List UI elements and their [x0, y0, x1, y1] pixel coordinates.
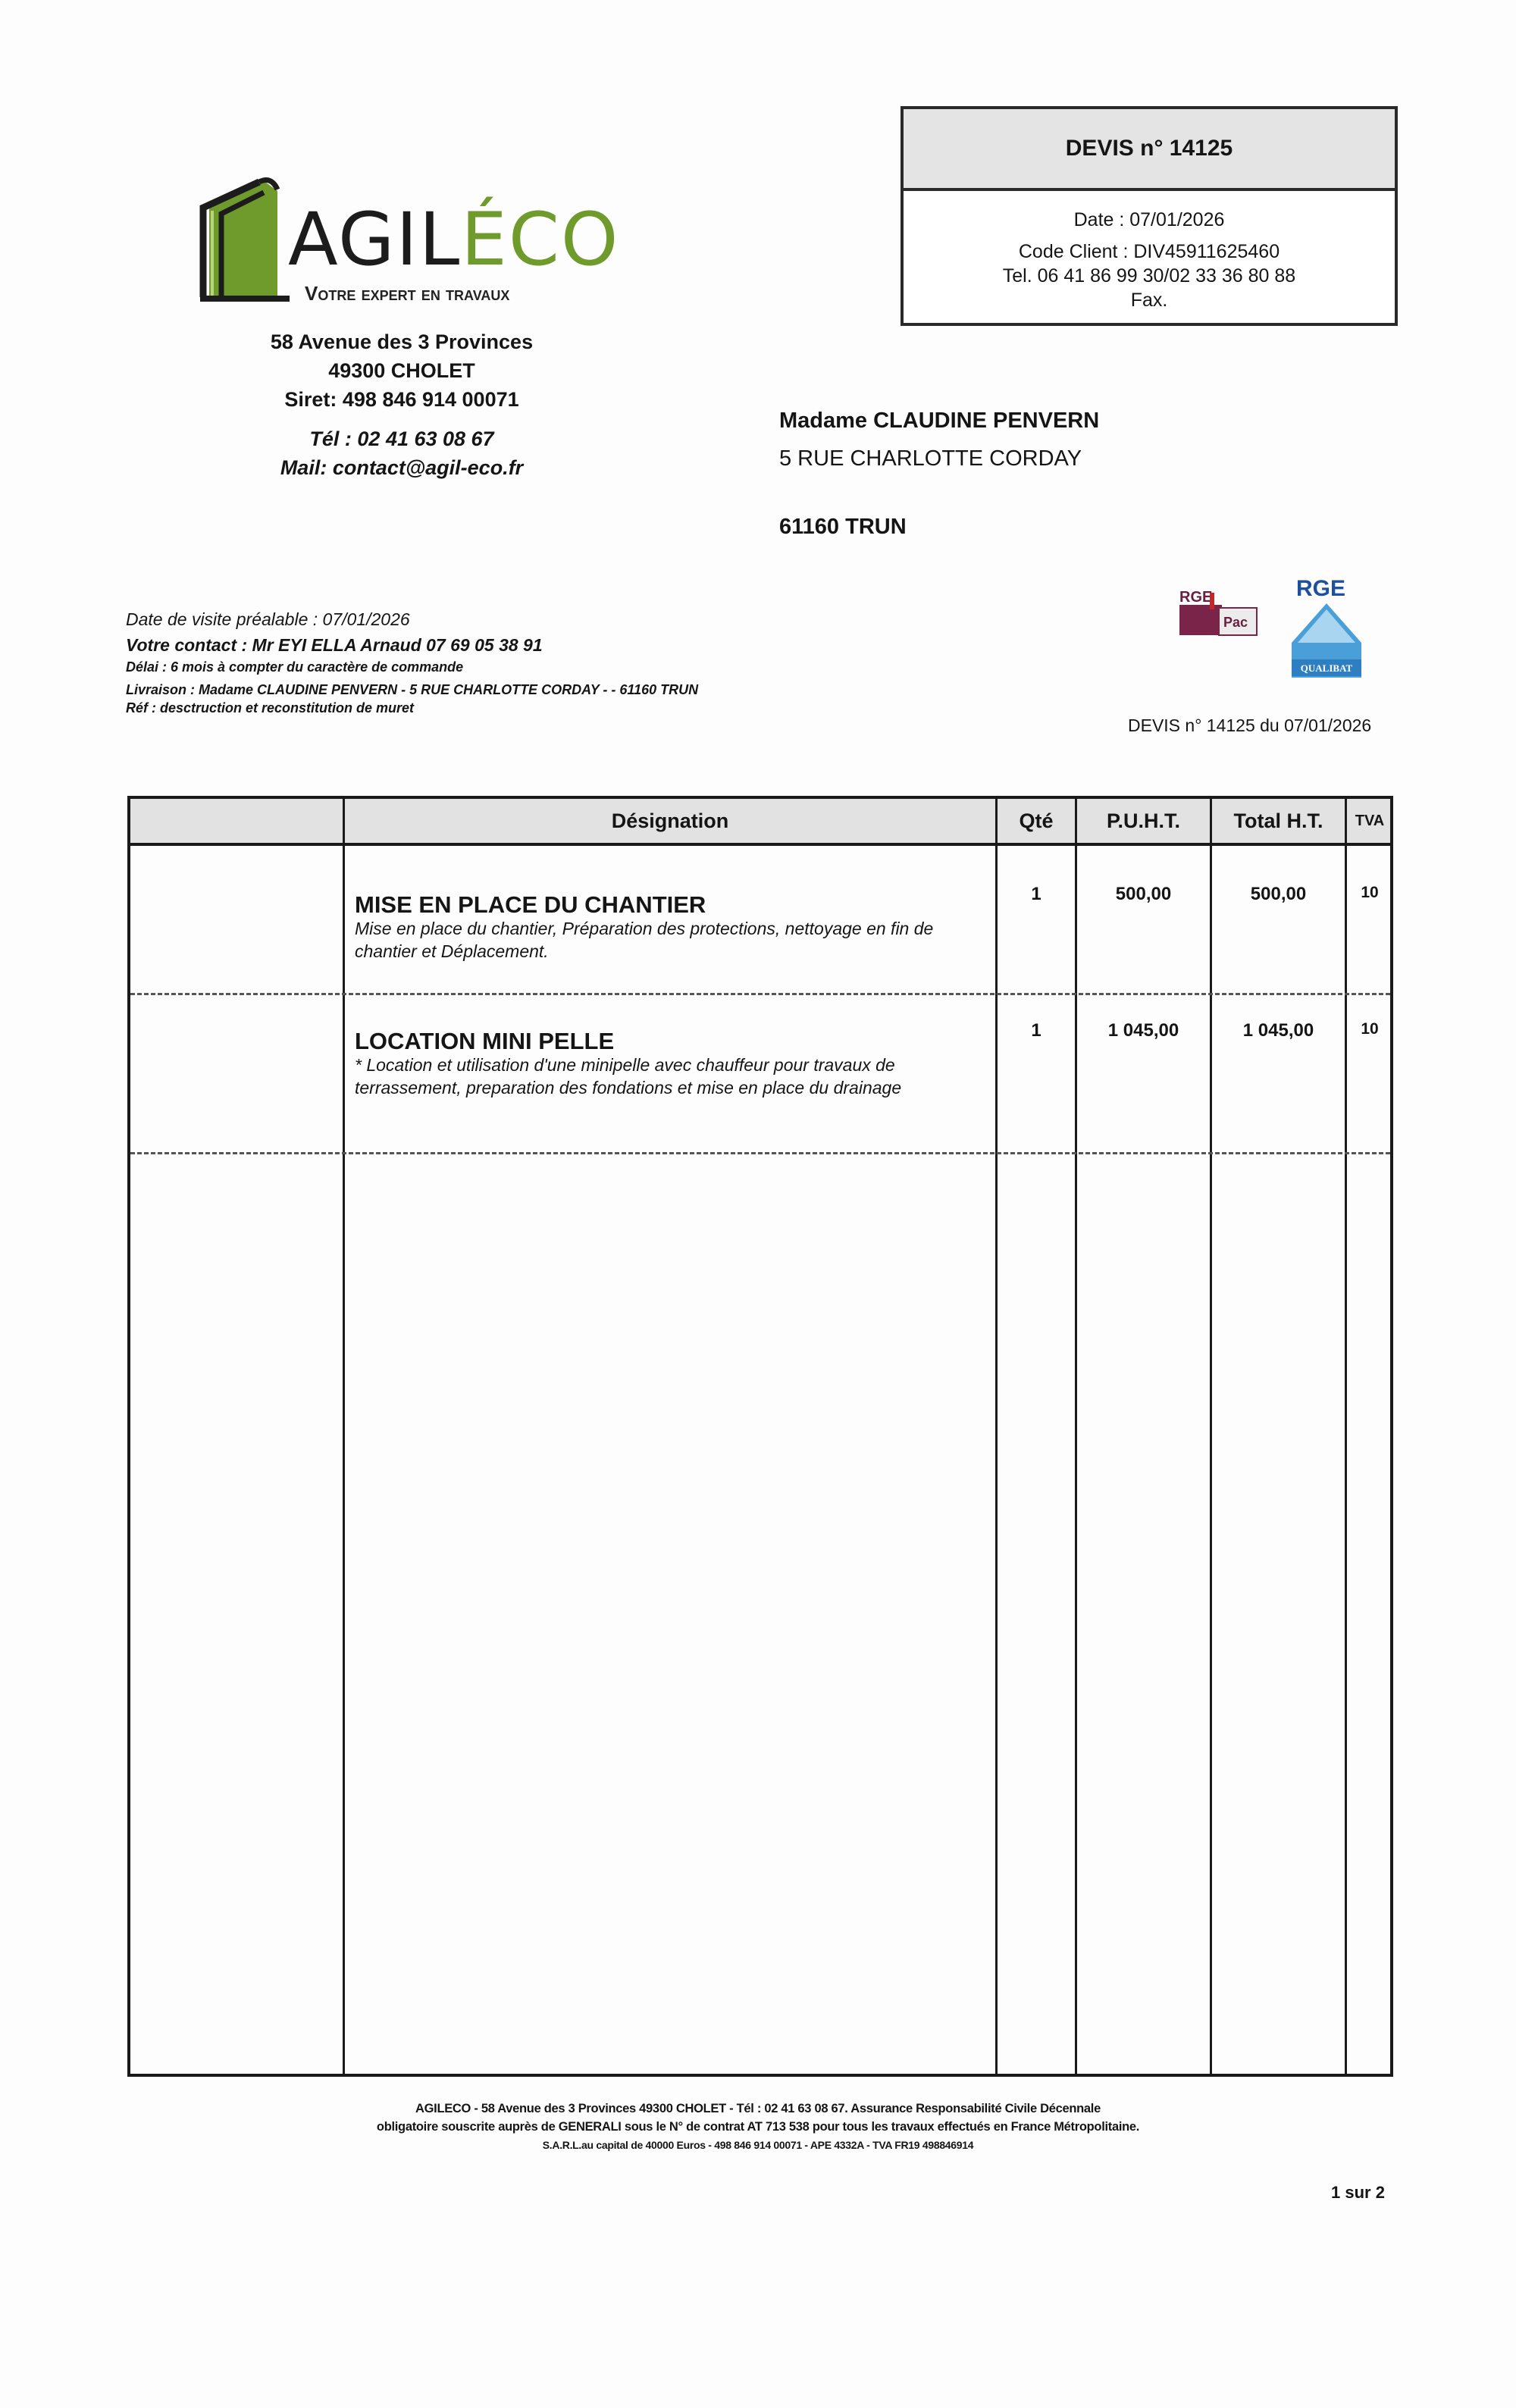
client-phone: Tel. 06 41 86 99 30/02 33 36 80 88 — [904, 264, 1395, 288]
header-total: Total H.T. — [1212, 799, 1345, 843]
item-vat: 10 — [1347, 884, 1392, 902]
item-title: LOCATION MINI PELLE — [355, 1028, 614, 1055]
item-unit-price: 500,00 — [1077, 884, 1210, 905]
rge-qualibat-icon: RGE QUALIBAT — [1289, 570, 1364, 682]
item-total: 1 045,00 — [1212, 1020, 1345, 1041]
footer-line-1: AGILECO - 58 Avenue des 3 Provinces 4930… — [152, 2100, 1364, 2118]
client-code: Code Client : DIV45911625460 — [904, 240, 1395, 264]
footer-line-3: S.A.R.L.au capital de 40000 Euros - 498 … — [152, 2136, 1364, 2154]
quote-info: Date de visite préalable : 07/01/2026 Vo… — [126, 606, 698, 717]
devis-date: Date : 07/01/2026 — [904, 208, 1395, 232]
company-street: 58 Avenue des 3 Provinces — [227, 327, 576, 356]
logo-tagline: Votre expert en travaux — [305, 282, 509, 305]
header-blank — [130, 799, 343, 843]
company-address: 58 Avenue des 3 Provinces 49300 CHOLET S… — [227, 327, 576, 482]
rge-qualipac-icon: RGE Pac — [1176, 585, 1260, 641]
visit-date: Date de visite préalable : 07/01/2026 — [126, 606, 698, 632]
rge-qualipac-logo: RGE Pac — [1176, 585, 1260, 641]
company-siret: Siret: 498 846 914 00071 — [227, 385, 576, 414]
devis-number: DEVIS n° 14125 — [904, 109, 1395, 191]
svg-text:RGE: RGE — [1179, 589, 1212, 606]
svg-text:QUALIBAT: QUALIBAT — [1301, 662, 1353, 674]
rge-qualibat-logo: RGE QUALIBAT — [1289, 570, 1364, 682]
item-description: Mise en place du chantier, Préparation d… — [355, 917, 976, 963]
item-description: * Location et utilisation d'une minipell… — [355, 1054, 976, 1099]
devis-reference: DEVIS n° 14125 du 07/01/2026 — [1128, 716, 1371, 736]
legal-footer: AGILECO - 58 Avenue des 3 Provinces 4930… — [152, 2100, 1364, 2154]
company-phone: Tél : 02 41 63 08 67 — [227, 424, 576, 453]
devis-info-box: DEVIS n° 14125 Date : 07/01/2026 Code Cl… — [901, 106, 1398, 326]
quote-table: Désignation Qté P.U.H.T. Total H.T. TVA … — [127, 796, 1393, 2077]
header-unit-price: P.U.H.T. — [1077, 799, 1210, 843]
reference: Réf : desctruction et reconstitution de … — [126, 699, 698, 717]
item-unit-price: 1 045,00 — [1077, 1020, 1210, 1041]
item-title: MISE EN PLACE DU CHANTIER — [355, 891, 706, 919]
item-total: 500,00 — [1212, 884, 1345, 905]
client-fax: Fax. — [904, 288, 1395, 312]
company-city: 49300 CHOLET — [227, 356, 576, 385]
logo-wordmark: AGILÉCO — [288, 203, 619, 276]
delivery: Livraison : Madame CLAUDINE PENVERN - 5 … — [126, 681, 698, 699]
client-address: Madame CLAUDINE PENVERN 5 RUE CHARLOTTE … — [779, 402, 1099, 546]
svg-text:RGE: RGE — [1296, 576, 1345, 601]
house-icon — [199, 176, 290, 305]
contact-person: Votre contact : Mr EYI ELLA Arnaud 07 69… — [126, 632, 698, 658]
company-logo: AGILÉCO Votre expert en travaux — [199, 176, 608, 312]
client-name: Madame CLAUDINE PENVERN — [779, 402, 1099, 440]
header-designation: Désignation — [345, 799, 995, 843]
svg-text:Pac: Pac — [1223, 615, 1248, 630]
header-qty: Qté — [998, 799, 1075, 843]
client-city: 61160 TRUN — [779, 508, 1099, 546]
footer-line-2: obligatoire souscrite auprès de GENERALI… — [152, 2118, 1364, 2136]
client-street: 5 RUE CHARLOTTE CORDAY — [779, 440, 1099, 478]
company-email: Mail: contact@agil-eco.fr — [227, 453, 576, 482]
delay: Délai : 6 mois à compter du caractère de… — [126, 658, 698, 676]
header-vat: TVA — [1347, 799, 1392, 843]
item-vat: 10 — [1347, 1020, 1392, 1038]
item-qty: 1 — [998, 1020, 1075, 1041]
item-qty: 1 — [998, 884, 1075, 905]
page-number: 1 sur 2 — [1331, 2183, 1385, 2203]
